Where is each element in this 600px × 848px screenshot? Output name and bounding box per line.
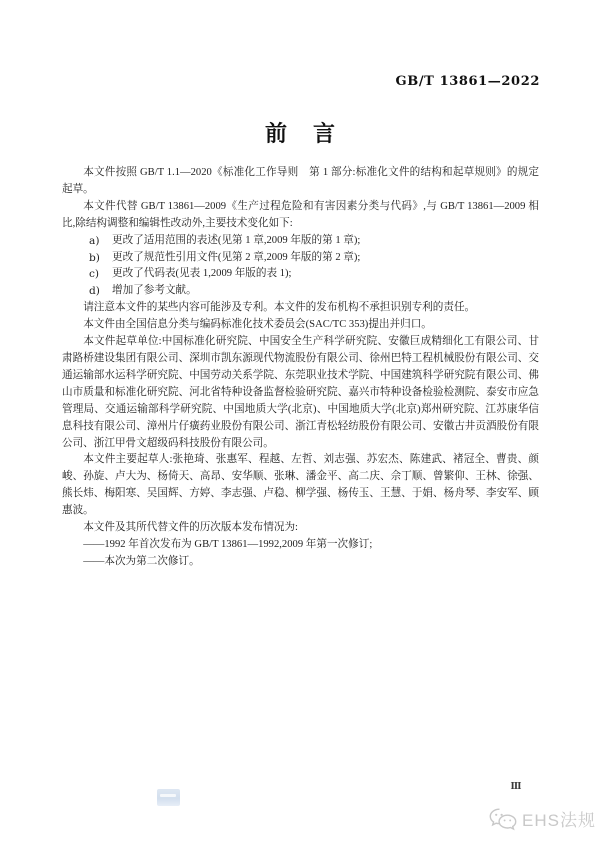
history-item: ——本次为第二次修订。 xyxy=(62,554,539,571)
list-item: c) 更改了代码表(见表 1,2009 年版的表 1); xyxy=(62,266,539,283)
list-item-text: 更改了规范性引用文件(见第 2 章,2009 年版的第 2 章); xyxy=(112,252,360,263)
list-marker: d) xyxy=(89,283,100,300)
watermark-label: EHS法规 xyxy=(522,806,596,831)
standard-code: GB/T 13861—2022 xyxy=(396,74,540,89)
list-item: b) 更改了规范性引用文件(见第 2 章,2009 年版的第 2 章); xyxy=(62,250,539,267)
para-drafters: 本文件主要起草人:张艳琦、张惠军、程越、左哲、刘志强、苏宏杰、陈建武、褚冠全、曹… xyxy=(62,452,539,520)
para-drafting-rule: 本文件按照 GB/T 1.1—2020《标准化工作导则 第 1 部分:标准化文件… xyxy=(62,165,539,199)
para-replaces: 本文件代替 GB/T 13861—2009《生产过程危险和有害因素分类与代码》,… xyxy=(62,199,539,233)
list-marker: c) xyxy=(89,266,99,283)
list-item: d) 增加了参考文献。 xyxy=(62,283,539,300)
para-history-intro: 本文件及其所代替文件的历次版本发布情况为: xyxy=(62,520,539,537)
foreword-body: 本文件按照 GB/T 1.1—2020《标准化工作导则 第 1 部分:标准化文件… xyxy=(62,165,539,571)
list-marker: b) xyxy=(89,250,100,267)
list-item: a) 更改了适用范围的表述(见第 1 章,2009 年版的第 1 章); xyxy=(62,233,539,250)
changes-list: a) 更改了适用范围的表述(见第 1 章,2009 年版的第 1 章); b) … xyxy=(62,233,539,301)
wechat-icon xyxy=(489,807,517,831)
faint-stamp xyxy=(157,789,180,806)
page-title-text: 前言 xyxy=(265,121,361,146)
para-committee: 本文件由全国信息分类与编码标准化技术委员会(SAC/TC 353)提出并归口。 xyxy=(62,317,539,334)
document-page: GB/T 13861—2022 前言 本文件按照 GB/T 1.1—2020《标… xyxy=(0,0,600,848)
para-drafting-orgs: 本文件起草单位:中国标准化研究院、中国安全生产科学研究院、安徽巨成精细化工有限公… xyxy=(62,334,539,452)
list-item-text: 更改了代码表(见表 1,2009 年版的表 1); xyxy=(112,268,292,279)
list-item-text: 更改了适用范围的表述(见第 1 章,2009 年版的第 1 章); xyxy=(112,235,360,246)
list-marker: a) xyxy=(89,233,99,250)
para-patent: 请注意本文件的某些内容可能涉及专利。本文件的发布机构不承担识别专利的责任。 xyxy=(62,300,539,317)
watermark: EHS法规 xyxy=(489,806,596,831)
page-number: Ⅲ xyxy=(504,782,528,792)
history-item: ——1992 年首次发布为 GB/T 13861—1992,2009 年第一次修… xyxy=(62,537,539,554)
list-item-text: 增加了参考文献。 xyxy=(112,285,197,296)
page-title: 前言 xyxy=(0,117,600,148)
